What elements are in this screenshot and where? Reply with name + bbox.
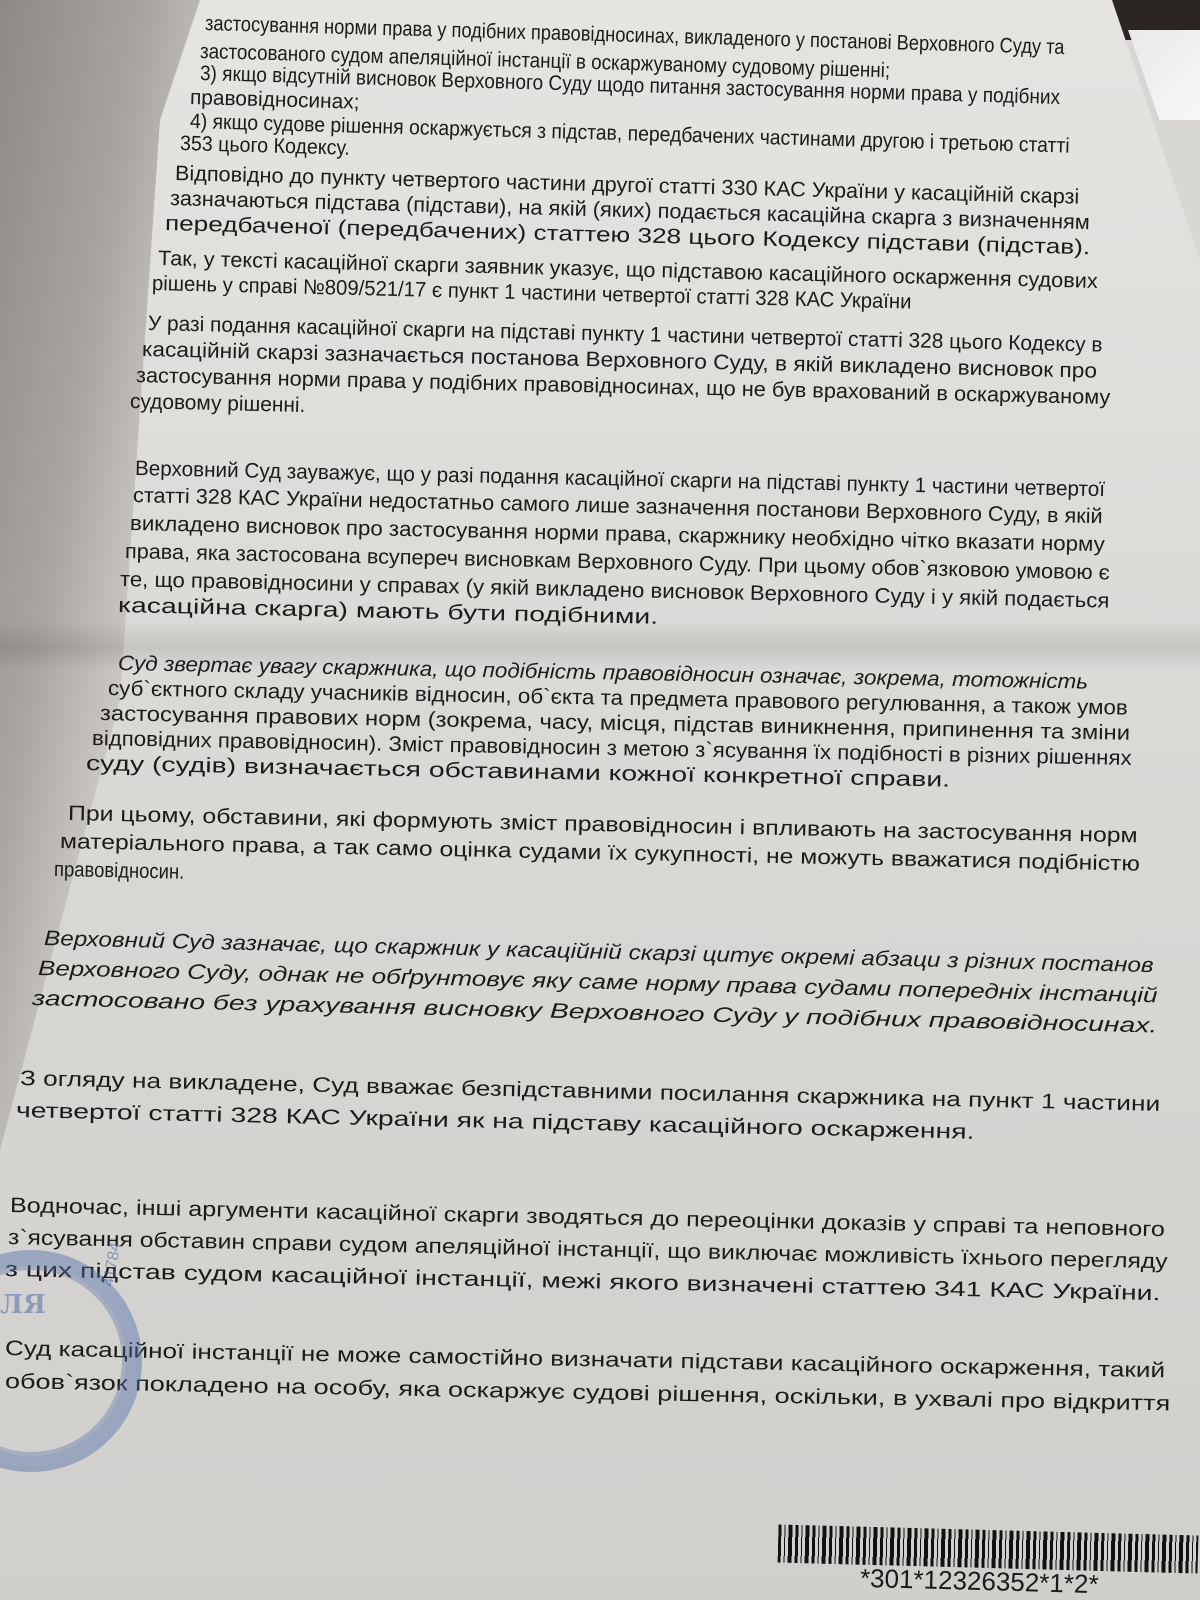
document-text: застосування норми права у подібних прав… xyxy=(0,0,1200,1600)
barcode-number: *301*12326352*1*2* xyxy=(860,1563,1099,1600)
text-line: правовідносин. xyxy=(54,856,185,886)
stamp-fragment-text: ЛЯ xyxy=(0,1290,46,1320)
text-line: 353 цього Кодексу. xyxy=(180,130,350,162)
text-line: судовому рішенні. xyxy=(130,388,306,419)
